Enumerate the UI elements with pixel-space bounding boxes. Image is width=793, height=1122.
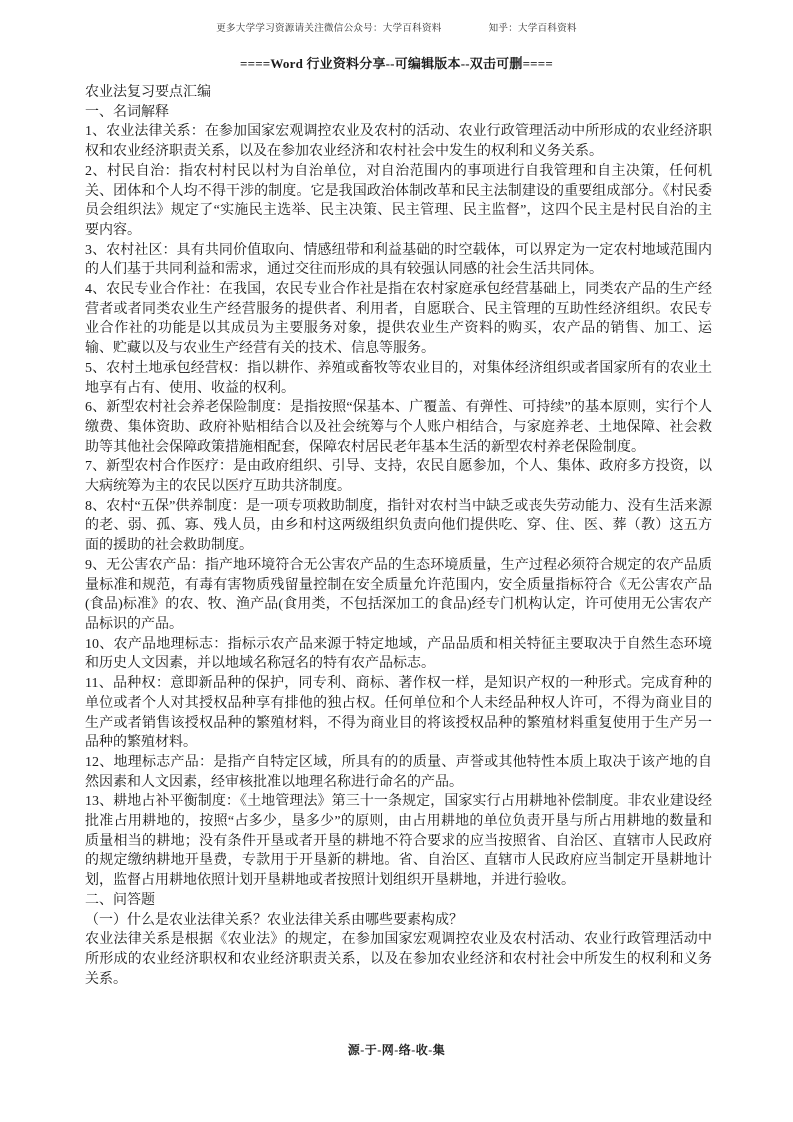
promo-line: 更多大学学习资源请关注微信公众号：大学百科资料 知乎：大学百科资料	[0, 20, 793, 34]
term-paragraph-13: 13、耕地占补平衡制度：《土地管理法》第三十一条规定，国家实行占用耕地补偿制度。…	[85, 792, 712, 891]
term-paragraph-7: 7、新型农村合作医疗：是由政府组织、引导、支持，农民自愿参加，个人、集体、政府多…	[85, 457, 712, 496]
term-paragraph-1: 1、农业法律关系：在参加国家宏观调控农业及农村的活动、农业行政管理活动中所形成的…	[85, 122, 712, 161]
term-paragraph-2: 2、村民自治：指农村村民以村为自治单位，对自治范围内的事项进行自我管理和自主决策…	[85, 162, 712, 241]
term-paragraph-11: 11、品种权：意即新品种的保护，同专利、商标、著作权一样，是知识产权的一种形式。…	[85, 674, 712, 753]
term-paragraph-3: 3、农村社区：具有共同价值取向、情感纽带和利益基础的时空载体，可以界定为一定农村…	[85, 241, 712, 280]
footer-watermark: 源-于-网-络-收-集	[0, 1041, 793, 1058]
term-paragraph-10: 10、农产品地理标志：指标示农产品来源于特定地域，产品品质和相关特征主要取决于自…	[85, 635, 712, 674]
section-heading-definitions: 一、名词解释	[85, 103, 712, 123]
share-banner-text: ====Word 行业资料分享--可编辑版本--双击可删====	[0, 53, 793, 72]
question-1: （一）什么是农业法律关系？农业法律关系由哪些要素构成？	[85, 911, 712, 931]
section-heading-questions: 二、问答题	[85, 891, 712, 911]
term-paragraph-4: 4、农民专业合作社：在我国，农民专业合作社是指在农村家庭承包经营基础上，同类农产…	[85, 280, 712, 359]
document-page: 更多大学学习资源请关注微信公众号：大学百科资料 知乎：大学百科资料 ====Wo…	[0, 0, 793, 1122]
term-paragraph-9: 9、无公害农产品：指产地环境符合无公害农产品的生态环境质量，生产过程必须符合规定…	[85, 556, 712, 635]
term-paragraph-8: 8、农村“五保”供养制度：是一项专项救助制度，指针对农村当中缺乏或丧失劳动能力、…	[85, 497, 712, 556]
term-paragraph-12: 12、地理标志产品：是指产自特定区域，所具有的的质量、声誉或其他特性本质上取决于…	[85, 753, 712, 792]
promo-zhihu-text: 知乎：大学百科资料	[489, 20, 577, 34]
doc-title: 农业法复习要点汇编	[85, 83, 712, 103]
term-paragraph-6: 6、新型农村社会养老保险制度：是指按照“保基本、广覆盖、有弹性、可持续”的基本原…	[85, 398, 712, 457]
term-paragraph-5: 5、农村土地承包经营权：指以耕作、养殖或畜牧等农业目的，对集体经济组织或者国家所…	[85, 359, 712, 398]
page-header: 更多大学学习资源请关注微信公众号：大学百科资料 知乎：大学百科资料 ====Wo…	[0, 20, 793, 72]
document-body: 农业法复习要点汇编 一、名词解释 1、农业法律关系：在参加国家宏观调控农业及农村…	[85, 83, 712, 989]
answer-1: 农业法律关系是根据《农业法》的规定，在参加国家宏观调控农业及农村活动、农业行政管…	[85, 930, 712, 989]
promo-wechat-text: 更多大学学习资源请关注微信公众号：大学百科资料	[216, 20, 441, 34]
